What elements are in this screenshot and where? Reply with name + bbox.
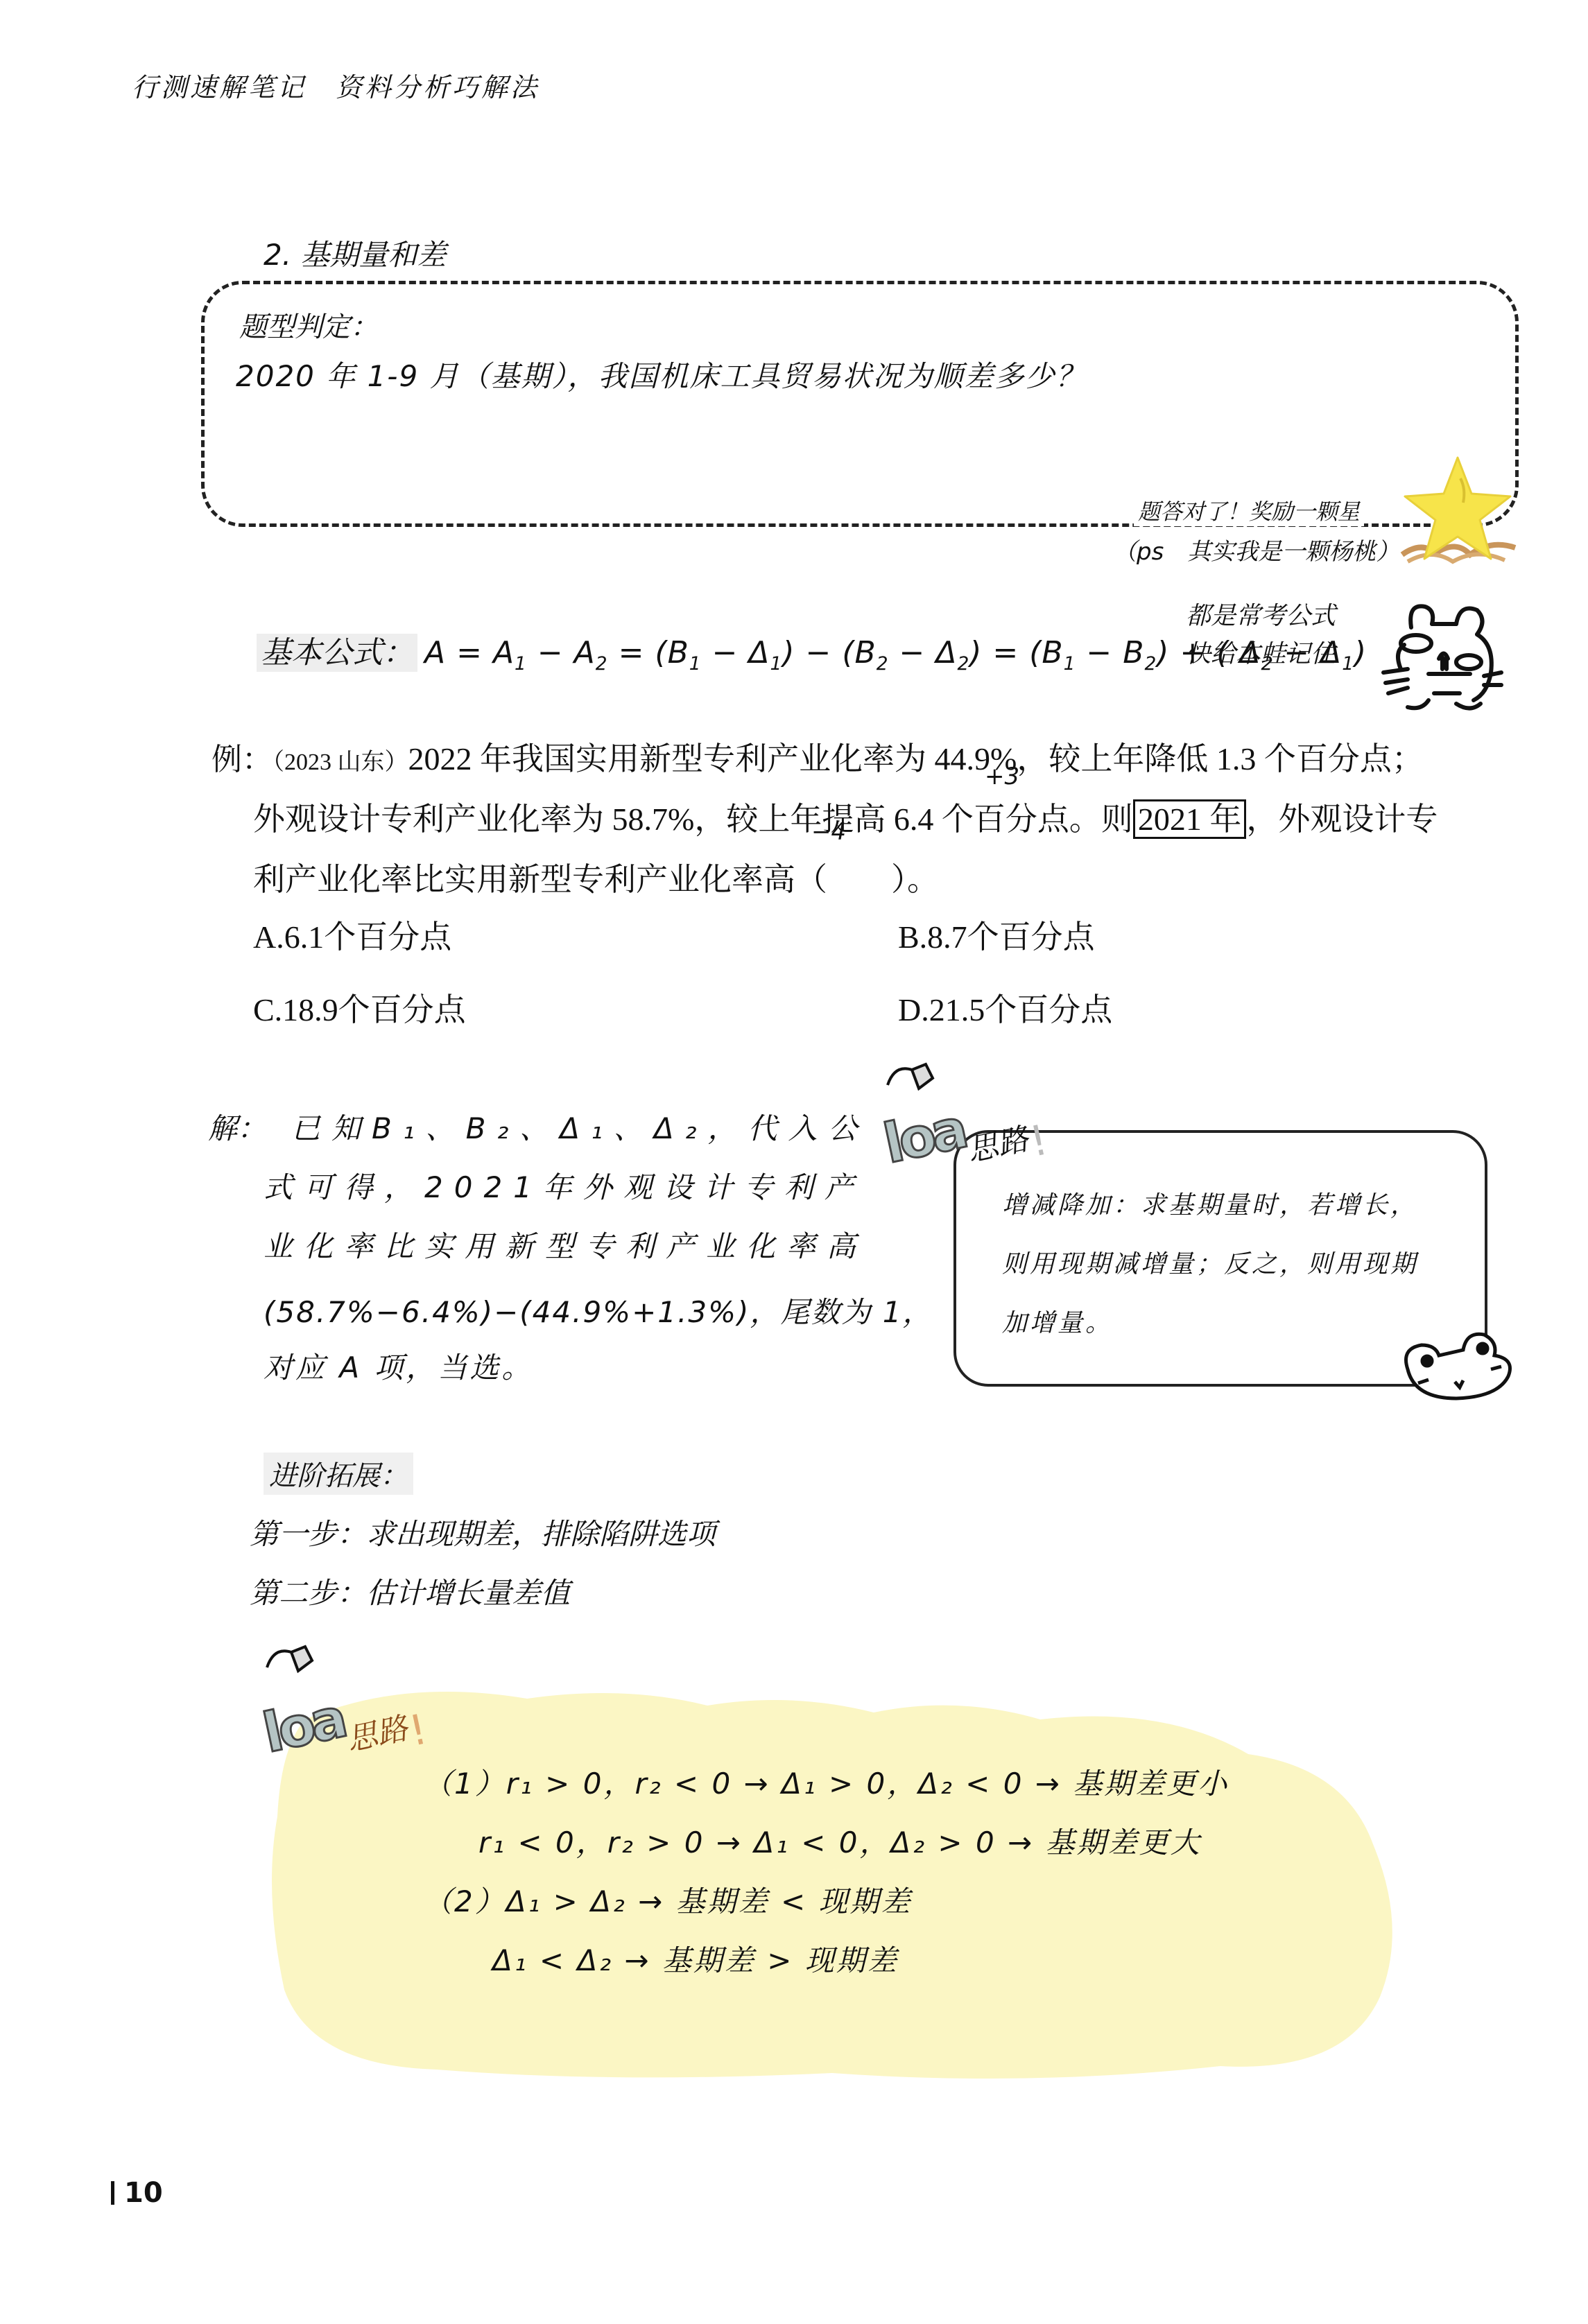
handwritten-annotation-plus3: +3 [985,763,1019,790]
loa-logo: loa [879,1098,969,1176]
frog-mascot-icon [1380,596,1505,714]
yellow-highlight [264,1664,1456,2087]
reward-note-ps: （ps 其实我是一颗杨桃） [1113,532,1399,566]
solution-line: 式可得，2021年外观设计专利产 [264,1165,865,1206]
memo-note: 快给本蛙记住 [1186,634,1336,670]
solution-calculation: (58.7%−6.4%)−(44.9%+1.3%)，尾数为 1， [264,1290,933,1331]
question-type-box [201,281,1519,527]
badge-word: 思路 [342,1703,411,1760]
boxed-year: 2021 年 [1133,799,1247,839]
idea-badge: loa思路! [884,1078,1047,1168]
solution-line: 业化率比实用新型专利产业化率高 [264,1224,867,1265]
tip-line: （2）Δ₁ > Δ₂ → 基期差 < 现期差 [423,1879,913,1920]
solution-conclusion: 对应 A 项，当选。 [264,1345,533,1387]
question-type-text: 2020 年 1-9 月（基期），我国机床工具贸易状况为顺差多少？ [236,354,1087,395]
badge-word: 思路 [963,1114,1031,1170]
idea-line: 则用现期减增量；反之，则用现期 [1002,1245,1418,1280]
tip-line: Δ₁ < Δ₂ → 基期差 > 现期差 [492,1938,899,1979]
desk-lamp-icon [884,1057,947,1106]
option-a: A.6.1个百分点 [253,912,451,957]
tip-line: （1）r₁ > 0，r₂ < 0 → Δ₁ > 0，Δ₂ < 0 → 基期差更小 [423,1761,1229,1803]
idea-line: 加增量。 [1002,1303,1113,1339]
desk-lamp-icon [264,1640,326,1688]
example-line-3: 利产业化率比实用新型专利产业化率高（ ）。 [253,854,939,900]
page-bar-divider [111,2181,114,2205]
tips-badge: loa思路! [264,1654,426,1758]
option-b: B.8.7个百分点 [898,912,1095,957]
advanced-title: 进阶拓展： [264,1452,413,1495]
option-c: C.18.9个百分点 [253,985,466,1030]
question-type-label: 题型判定： [239,305,378,345]
solution-label: 解： [208,1106,266,1147]
advanced-step-1: 第一步：求出现期差，排除陷阱选项 [250,1511,716,1553]
section-title: 2. 基期量和差 [264,232,446,274]
handwritten-annotation-minus4: −4 [811,818,846,846]
example-source: （2023 山东） [273,749,408,775]
star-icon [1394,451,1519,575]
advanced-step-2: 第二步：估计增长量差值 [250,1570,570,1612]
formula-label: 基本公式： [257,634,417,672]
page-number: 10 [111,2177,163,2209]
option-d: D.21.5个百分点 [898,985,1112,1030]
loa-logo: loa [258,1688,349,1765]
frog-face-icon [1394,1321,1519,1404]
reward-note: 题答对了！奖励一颗星 [1134,494,1364,526]
idea-line: 增减降加：求基期量时，若增长， [1002,1186,1418,1221]
running-header: 行测速解笔记 资料分析巧解法 [132,66,540,104]
example-line-1: 例：（2023 山东）2022 年我国实用新型专利产业化率为 44.9%，较上年… [212,734,1424,779]
tip-line: r₁ < 0，r₂ > 0 → Δ₁ < 0，Δ₂ > 0 → 基期差更大 [478,1820,1202,1862]
memo-note: 都是常考公式 [1186,596,1336,632]
solution-line: 已知B₁、B₂、Δ₁、Δ₂，代入公 [291,1106,868,1147]
